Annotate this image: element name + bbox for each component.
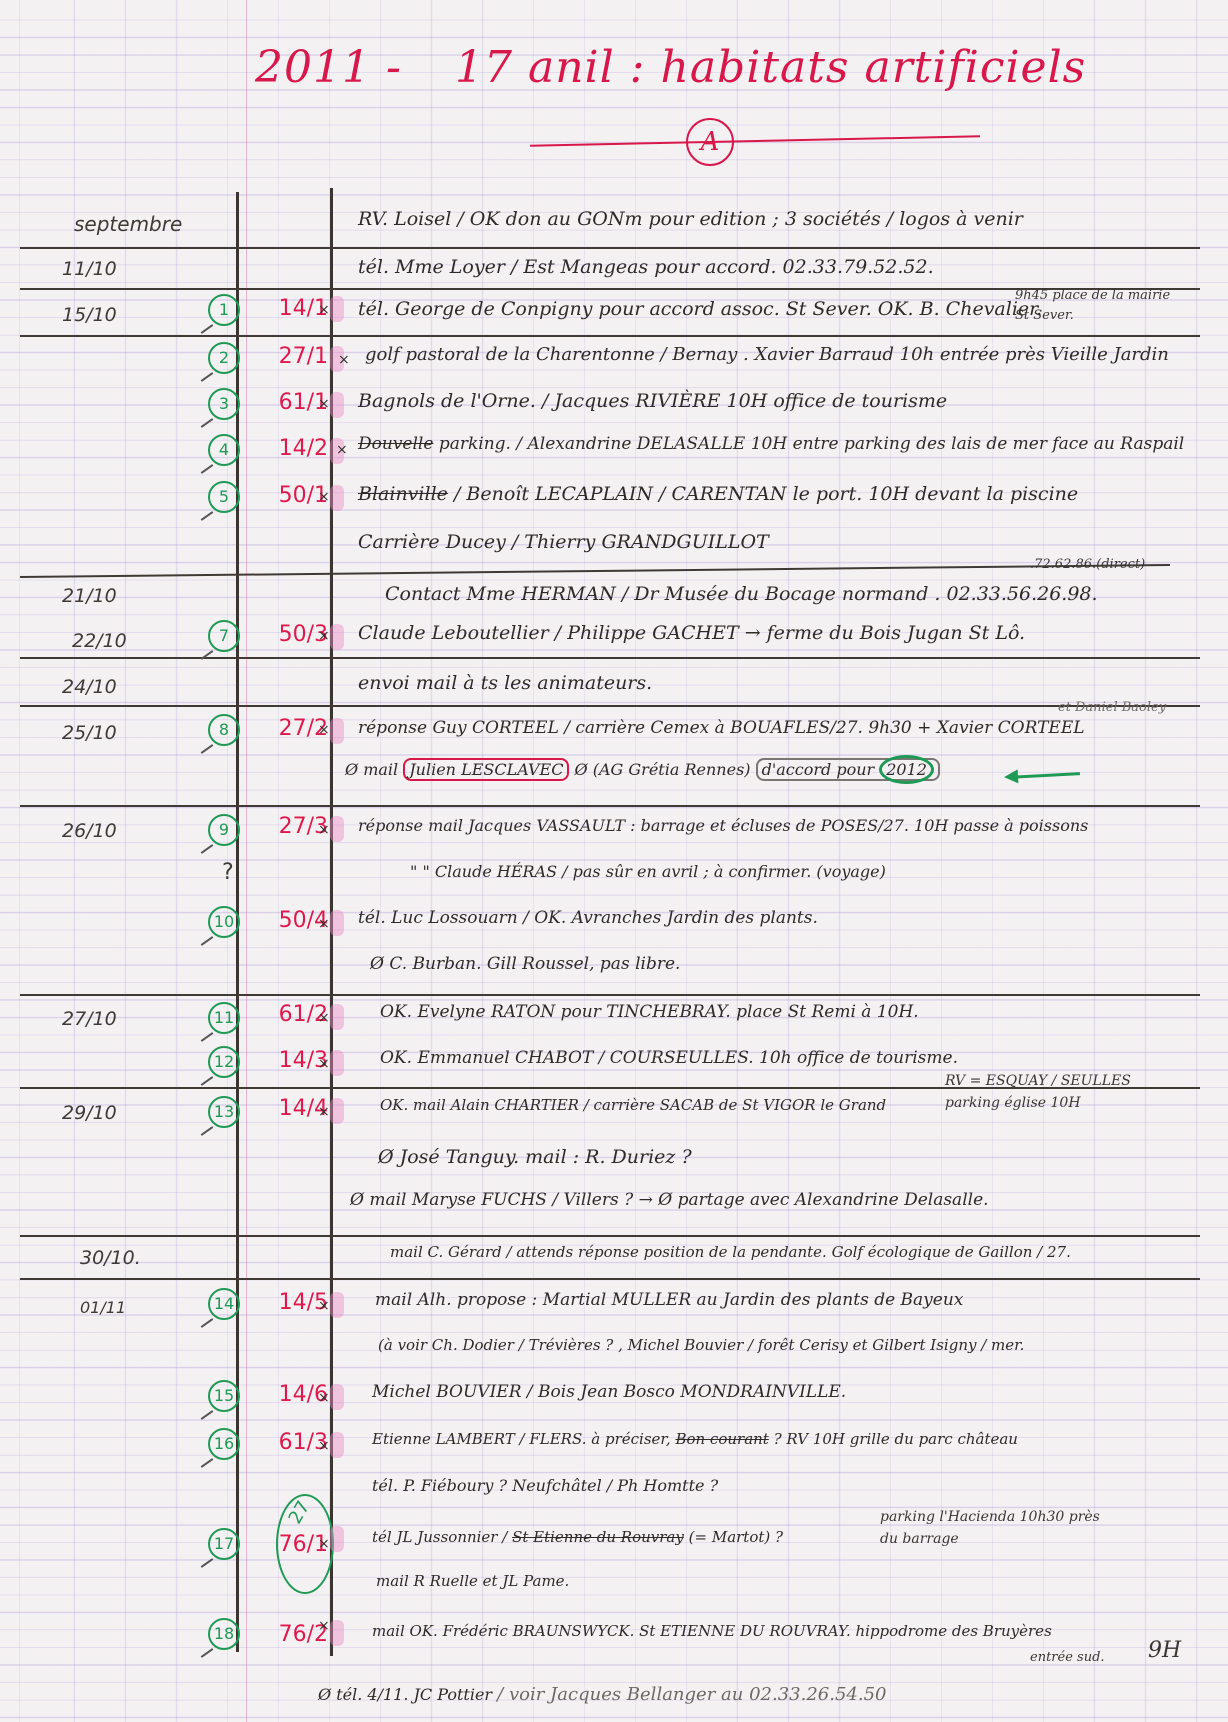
- highlight-mark: [330, 816, 344, 842]
- entry-number-badge: 7: [208, 620, 240, 652]
- struck-text: Blainville: [358, 483, 448, 505]
- entry-text: / Benoît LECAPLAIN / CARENTAN le port. 1…: [454, 483, 1078, 505]
- title-year: 2011 -: [255, 42, 402, 93]
- entry-text: envoi mail à ts les animateurs.: [358, 672, 1198, 694]
- entry-date: 21/10: [62, 585, 117, 607]
- entry-date: 01/11: [80, 1298, 126, 1317]
- check-x-icon: ×: [318, 1618, 330, 1634]
- agreement-box: d'accord pour 2012: [756, 758, 940, 781]
- entry-note: et Daniel Baoley: [1058, 700, 1166, 715]
- log-row: 15/10 1 14/1 × tél. George de Conpigny p…: [0, 292, 1228, 332]
- site-code: 14/2: [258, 436, 328, 461]
- log-row: 29/10 13 14/4 × OK. mail Alain CHARTIER …: [0, 1092, 1228, 1132]
- log-row: 10 50/4 × tél. Luc Lossouarn / OK. Avran…: [0, 904, 1228, 944]
- log-row: 16 61/3 × Etienne LAMBERT / FLERS. à pré…: [0, 1424, 1228, 1464]
- entry-number-badge: 3: [208, 388, 240, 420]
- log-row: 15 14/6 × Michel BOUVIER / Bois Jean Bos…: [0, 1376, 1228, 1416]
- entry-time: 9H: [1148, 1638, 1181, 1663]
- entry-number-badge: 12: [208, 1046, 240, 1078]
- entry-number-badge: 5: [208, 481, 240, 513]
- check-x-icon: ×: [318, 302, 330, 318]
- log-row: 24/10 envoi mail à ts les animateurs.: [0, 664, 1228, 704]
- log-row: ? " " Claude HÉRAS / pas sûr en avril ; …: [0, 856, 1228, 896]
- entry-text: parking. / Alexandrine DELASALLE 10H ent…: [439, 434, 1184, 454]
- entry-text: réponse Guy CORTEEL / carrière Cemex à B…: [358, 718, 1198, 738]
- agreement-text: d'accord pour: [762, 760, 875, 779]
- log-row: 2 27/1 × golf pastoral de la Charentonne…: [0, 340, 1228, 380]
- entry-date: 29/10: [62, 1102, 117, 1124]
- check-x-icon: ×: [318, 396, 330, 412]
- entry-text: (à voir Ch. Dodier / Trévières ? , Miche…: [378, 1336, 1198, 1354]
- check-x-icon: ×: [318, 916, 330, 932]
- check-x-icon: ×: [318, 628, 330, 644]
- log-row: 5 50/1 × Blainville / Benoît LECAPLAIN /…: [0, 479, 1228, 519]
- entry-note: entrée sud.: [1030, 1650, 1105, 1665]
- log-row: RV. Loisel / OK don au GONm pour edition…: [0, 200, 1228, 240]
- separator: [20, 805, 1200, 807]
- entry-date: 15/10: [62, 304, 117, 326]
- highlight-mark: [330, 718, 344, 744]
- log-row: (à voir Ch. Dodier / Trévières ? , Miche…: [0, 1330, 1228, 1370]
- entry-text: mail Alh. propose : Martial MULLER au Ja…: [375, 1290, 1198, 1310]
- entry-number-badge: 15: [208, 1380, 240, 1412]
- entry-date: 25/10: [62, 722, 117, 744]
- highlight-mark: [330, 910, 344, 936]
- check-x-icon: ×: [338, 352, 350, 368]
- log-row: 26/10 9 27/3 × réponse mail Jacques VASS…: [0, 810, 1228, 850]
- separator: [20, 1278, 1200, 1280]
- entry-note: 9h45 place de la mairie St Sever.: [1015, 286, 1180, 326]
- entry-text: tél. P. Fiéboury ? Neufchâtel / Ph Homtt…: [372, 1476, 1198, 1495]
- check-x-icon: ×: [318, 1390, 330, 1406]
- log-row: 21/10 Contact Mme HERMAN / Dr Musée du B…: [0, 575, 1228, 615]
- highlight-mark: [330, 1292, 344, 1318]
- log-row: 11/10 tél. Mme Loyer / Est Mangeas pour …: [0, 248, 1228, 288]
- log-row: 27/10 11 61/2 × OK. Evelyne RATON pour T…: [0, 998, 1228, 1038]
- entry-date: 22/10: [72, 630, 127, 652]
- page-title: 17 anil : habitats artificiels: [455, 42, 1086, 93]
- highlight-mark: [330, 1050, 344, 1076]
- check-x-icon: ×: [336, 442, 348, 458]
- check-x-icon: ×: [318, 722, 330, 738]
- site-code: 27/1: [258, 344, 328, 369]
- entry-text: golf pastoral de la Charentonne / Bernay…: [365, 344, 1198, 365]
- entry-note: .72.62.86.(direct): [1030, 557, 1145, 572]
- entry-number-badge: 8: [208, 714, 240, 746]
- entry-text: tél. Mme Loyer / Est Mangeas pour accord…: [358, 256, 1198, 278]
- check-x-icon: ×: [318, 489, 330, 505]
- entry-text: Carrière Ducey / Thierry GRANDGUILLOT: [358, 531, 1198, 553]
- log-row: 25/10 8 27/2 × réponse Guy CORTEEL / car…: [0, 712, 1228, 752]
- entry-text: mail OK. Frédéric BRAUNSWYCK. St ETIENNE…: [372, 1622, 1198, 1640]
- highlight-mark: [330, 392, 344, 418]
- log-row: 3 61/1 × Bagnols de l'Orne. / Jacques RI…: [0, 386, 1228, 426]
- highlight-mark: [330, 1432, 344, 1458]
- title-badge: A: [686, 118, 734, 166]
- highlight-mark: [330, 624, 344, 650]
- entry-number-badge: 18: [208, 1618, 240, 1650]
- check-x-icon: ×: [318, 1104, 330, 1120]
- entry-number-badge: 14: [208, 1288, 240, 1320]
- entry-text: tél. Luc Lossouarn / OK. Avranches Jardi…: [358, 908, 1198, 928]
- highlight-mark: [330, 1004, 344, 1030]
- entry-text: mail R Ruelle et JL Pame.: [376, 1572, 1198, 1590]
- log-row: 30/10. mail C. Gérard / attends réponse …: [0, 1237, 1228, 1277]
- entry-number-badge: 11: [208, 1002, 240, 1034]
- entry-number-badge: 2: [208, 342, 240, 374]
- entry-number-badge: 10: [208, 906, 240, 938]
- highlighted-name: Julien LESCLAVEC: [403, 758, 569, 781]
- entry-prefix: Ø mail: [345, 760, 398, 779]
- highlight-mark: [330, 1098, 344, 1124]
- entry-number-badge: 1: [208, 294, 240, 326]
- struck-text: Bon courant: [675, 1430, 768, 1448]
- title-underline: [530, 135, 980, 146]
- entry-number-badge: 9: [208, 814, 240, 846]
- entry-text: " " Claude HÉRAS / pas sûr en avril ; à …: [410, 862, 1198, 881]
- entry-text: OK. Emmanuel CHABOT / COURSEULLES. 10h o…: [380, 1048, 1198, 1068]
- log-row: Ø C. Burban. Gill Roussel, pas libre.: [0, 950, 1228, 990]
- log-row: tél. P. Fiéboury ? Neufchâtel / Ph Homtt…: [0, 1470, 1228, 1510]
- entry-number-badge: 17: [208, 1528, 240, 1560]
- entry-text: RV. Loisel / OK don au GONm pour edition…: [358, 208, 1198, 230]
- check-x-icon: ×: [318, 1056, 330, 1072]
- entry-text: Contact Mme HERMAN / Dr Musée du Bocage …: [385, 583, 1198, 605]
- highlight-mark: [330, 1526, 344, 1552]
- check-x-icon: ×: [318, 1536, 330, 1552]
- log-row: mail R Ruelle et JL Pame.: [0, 1568, 1228, 1608]
- entry-date: 27/10: [62, 1008, 117, 1030]
- entry-text: OK. Evelyne RATON pour TINCHEBRAY. place…: [380, 1002, 1198, 1022]
- highlight-mark: [330, 485, 344, 511]
- log-row: 4 14/2 × Blainville Douvelle parking. / …: [0, 432, 1228, 472]
- check-x-icon: ×: [318, 822, 330, 838]
- entry-date: 30/10.: [80, 1247, 141, 1269]
- check-x-icon: ×: [318, 1438, 330, 1454]
- check-x-icon: ×: [318, 1010, 330, 1026]
- highlight-mark: [330, 1620, 344, 1646]
- separator: [20, 705, 1200, 707]
- entry-number-badge: 13: [208, 1096, 240, 1128]
- entry-number-badge: 16: [208, 1428, 240, 1460]
- highlight-mark: [330, 1384, 344, 1410]
- log-row: Ø mail Julien LESCLAVEC Ø (AG Grétia Ren…: [0, 758, 1228, 798]
- circled-year: 2012: [879, 755, 934, 784]
- question-mark: ?: [222, 860, 234, 885]
- entry-text: Claude Leboutellier / Philippe GACHET → …: [358, 622, 1198, 644]
- struck-text: St Etienne du Rouvray: [512, 1528, 684, 1546]
- entry-note: parking l'Hacienda 10h30 près du barrage: [880, 1506, 1120, 1550]
- entry-text-continued: ? RV 10H grille du parc château: [774, 1430, 1018, 1448]
- log-row: 18 76/2 × mail OK. Frédéric BRAUNSWYCK. …: [0, 1616, 1228, 1656]
- entry-text-continued: / voir Jacques Bellanger au 02.33.26.54.…: [497, 1684, 886, 1705]
- notebook-page: 2011 - 17 anil : habitats artificiels A …: [0, 0, 1228, 1722]
- log-row: 22/10 7 50/3 × Claude Leboutellier / Phi…: [0, 618, 1228, 658]
- entry-number-badge: 4: [208, 434, 240, 466]
- entry-text: réponse mail Jacques VASSAULT : barrage …: [358, 816, 1198, 835]
- struck-text: Douvelle: [358, 434, 433, 454]
- entry-text: Michel BOUVIER / Bois Jean Bosco MONDRAI…: [372, 1382, 1198, 1402]
- entry-text: Ø tél. 4/11. JC Pottier: [318, 1685, 492, 1704]
- highlight-mark: [330, 296, 344, 322]
- log-row: Ø mail Maryse FUCHS / Villers ? → Ø part…: [0, 1186, 1228, 1226]
- check-x-icon: ×: [318, 1298, 330, 1314]
- entry-text-continued: (= Martot) ?: [689, 1528, 783, 1546]
- entry-text: tél JL Jussonnier /: [372, 1528, 512, 1546]
- entry-note: RV = ESQUAY / SEULLES parking église 10H: [945, 1070, 1185, 1114]
- entry-text: Etienne LAMBERT / FLERS. à préciser,: [372, 1430, 675, 1448]
- entry-text: Bagnols de l'Orne. / Jacques RIVIÈRE 10H…: [358, 390, 1198, 412]
- separator: [20, 994, 1200, 996]
- entry-text: Ø mail Maryse FUCHS / Villers ? → Ø part…: [350, 1190, 1198, 1210]
- entry-text: Ø (AG Grétia Rennes): [575, 760, 751, 779]
- entry-date: 26/10: [62, 820, 117, 842]
- separator: [20, 335, 1200, 337]
- circled-code-note: 27: [285, 1497, 315, 1527]
- log-row: Ø tél. 4/11. JC Pottier / voir Jacques B…: [0, 1680, 1228, 1720]
- entry-date: 11/10: [62, 258, 117, 280]
- entry-date: 24/10: [62, 676, 117, 698]
- log-row: 01/11 14 14/5 × mail Alh. propose : Mart…: [0, 1284, 1228, 1324]
- entry-text: Ø C. Burban. Gill Roussel, pas libre.: [370, 954, 1198, 974]
- log-row: Ø José Tanguy. mail : R. Duriez ?: [0, 1138, 1228, 1178]
- entry-text: mail C. Gérard / attends réponse positio…: [390, 1243, 1198, 1261]
- entry-text: Ø José Tanguy. mail : R. Duriez ?: [378, 1146, 1198, 1168]
- log-row: 17 27 76/1 × tél JL Jussonnier / St Etie…: [0, 1518, 1228, 1558]
